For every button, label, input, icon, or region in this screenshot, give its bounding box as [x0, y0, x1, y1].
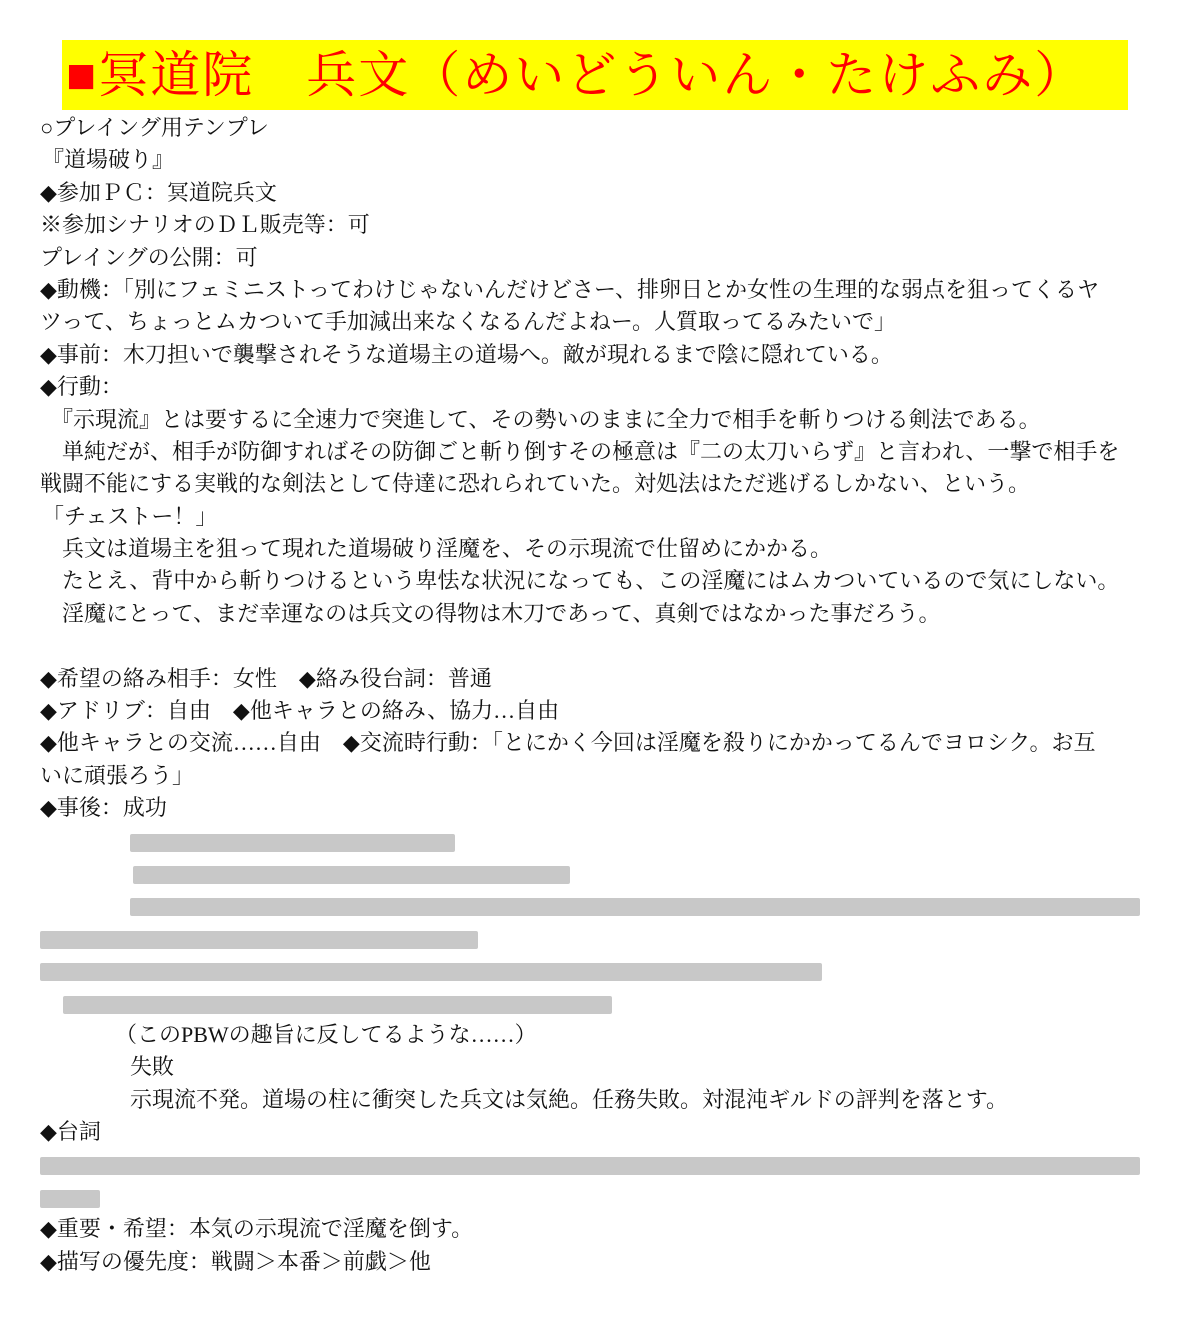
interaction-preference-2: いに頑張ろう」 — [40, 760, 1150, 792]
partner-preference: ◆希望の絡み相手：女性 ◆絡み役台詞：普通 — [40, 663, 1150, 695]
action-paragraph-2b: 戦闘不能にする実戦的な剣法として侍達に恐れられていた。対処法はただ逃げるしかない… — [40, 468, 1150, 500]
redacted-line — [40, 889, 1150, 921]
aftermath-failure-text: 示現流不発。道場の柱に衝突した兵文は気絶。任務失敗。対混沌ギルドの評判を落とす。 — [40, 1084, 1150, 1116]
battle-cry: 「チェストー！」 — [40, 501, 1150, 533]
redacted-line — [40, 1181, 1150, 1213]
lines-heading: ◆台詞 — [40, 1116, 1150, 1148]
participant-pc: ◆参加ＰＣ：冥道院兵文 — [40, 177, 1150, 209]
redacted-line — [40, 1149, 1150, 1181]
redacted-line — [40, 954, 1150, 986]
blank-line — [40, 630, 1150, 662]
depiction-priority: ◆描写の優先度：戦闘＞本番＞前戯＞他 — [40, 1246, 1150, 1278]
aftermath-failure-heading: 失敗 — [40, 1051, 1150, 1083]
page-title: ■冥道院 兵文（めいどういん・たけふみ） — [66, 40, 1086, 110]
redacted-line — [40, 857, 1150, 889]
redacted-line — [40, 825, 1150, 857]
adlib-preference: ◆アドリブ：自由 ◆他キャラとの絡み、協力…自由 — [40, 695, 1150, 727]
motive-line-2: ツって、ちょっとムカついて手加減出来なくなるんだよねー。人質取ってるみたいで」 — [40, 306, 1150, 338]
interaction-preference-1: ◆他キャラとの交流……自由 ◆交流時行動：「とにかく今回は淫魔を殺りにかかってる… — [40, 727, 1150, 759]
aside-comment: （このPBWの趣旨に反してるような……） — [40, 1019, 1150, 1051]
action-paragraph-5: 淫魔にとって、まだ幸運なのは兵文の得物は木刀であって、真剣ではなかった事だろう。 — [40, 598, 1150, 630]
action-paragraph-2a: 単純だが、相手が防御すればその防御ごと斬り倒すその極意は『二の太刀いらず』と言わ… — [40, 436, 1150, 468]
action-paragraph-3: 兵文は道場主を狙って現れた道場破り淫魔を、その示現流で仕留めにかかる。 — [40, 533, 1150, 565]
motive-line-1: ◆動機：「別にフェミニストってわけじゃないんだけどさー、排卵日とか女性の生理的な… — [40, 274, 1150, 306]
redacted-line — [40, 922, 1150, 954]
important-wish: ◆重要・希望：本気の示現流で淫魔を倒す。 — [40, 1213, 1150, 1245]
scenario-title: 『道場破り』 — [40, 144, 1150, 176]
title-banner: ■冥道院 兵文（めいどういん・たけふみ） — [62, 40, 1128, 110]
dl-sales-permission: ※参加シナリオのＤＬ販売等：可 — [40, 209, 1150, 241]
redacted-line — [40, 987, 1150, 1019]
preparation: ◆事前：木刀担いで襲撃されそうな道場主の道場へ。敵が現れるまで陰に隠れている。 — [40, 339, 1150, 371]
action-paragraph-1: 『示現流』とは要するに全速力で突進して、その勢いのままに全力で相手を斬りつける剣… — [40, 404, 1150, 436]
document-body: ○プレイング用テンプレ 『道場破り』 ◆参加ＰＣ：冥道院兵文 ※参加シナリオのＤ… — [40, 112, 1150, 1278]
action-paragraph-4: たとえ、背中から斬りつけるという卑怯な状況になっても、この淫魔にはムカついている… — [40, 565, 1150, 597]
action-heading: ◆行動： — [40, 371, 1150, 403]
template-heading: ○プレイング用テンプレ — [40, 112, 1150, 144]
playing-public-permission: プレイングの公開：可 — [40, 242, 1150, 274]
aftermath-success-heading: ◆事後：成功 — [40, 792, 1150, 824]
